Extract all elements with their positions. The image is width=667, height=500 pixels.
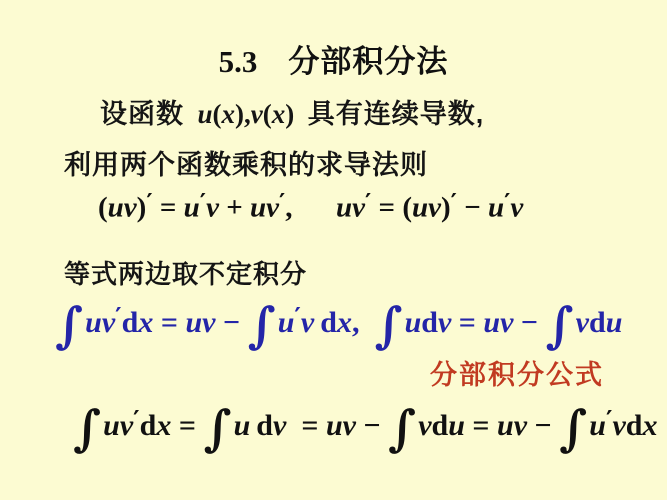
derivative-formula: (uv)′ = u′v + uv′, uv′ = (uv)′ − u′v [98, 188, 523, 225]
slide-title: 5.3 分部积分法 [0, 36, 667, 81]
combined-formula: ∫uv′dx = ∫u dv = uv − ∫vdu = uv − ∫u′vdx [73, 405, 657, 443]
integrate-both-sides-line: 等式两边取不定积分 [64, 254, 307, 291]
integration-by-parts-formula: ∫uv′dx = uv − ∫u′v dx, ∫udv = uv − ∫vdu [55, 302, 622, 340]
formula-label: 分部积分公式 [430, 353, 604, 392]
intro-line: 设函数 u(x),v(x) 具有连续导数, [100, 92, 484, 131]
lecture-slide: 5.3 分部积分法 设函数 u(x),v(x) 具有连续导数, 利用两个函数乘积… [0, 0, 667, 500]
product-rule-line: 利用两个函数乘积的求导法则 [64, 143, 428, 182]
